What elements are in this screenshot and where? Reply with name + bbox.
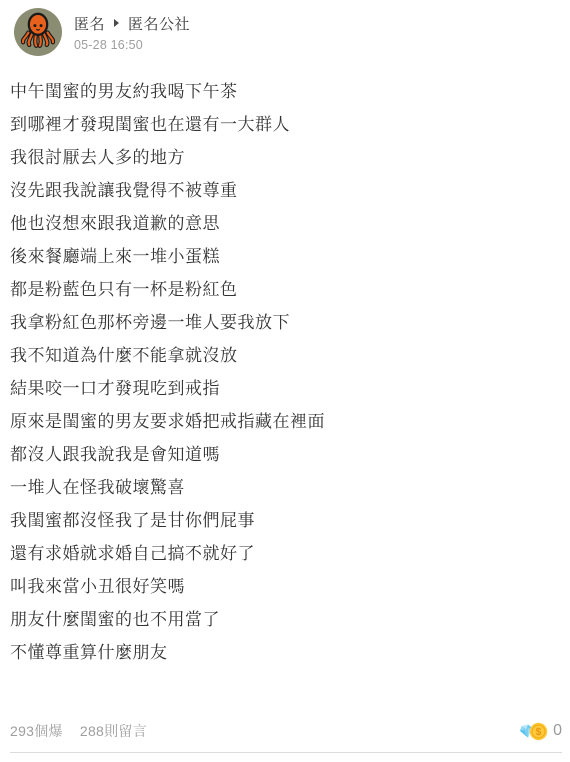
reaction-count[interactable]: 293個爆 bbox=[10, 721, 63, 741]
post-line: 朋友什麼閨蜜的也不用當了 bbox=[10, 611, 558, 628]
post-line: 都沒人跟我說我是會知道嗎 bbox=[10, 446, 558, 463]
post-line: 沒先跟我說讓我覺得不被尊重 bbox=[10, 182, 558, 199]
post-line: 他也沒想來跟我道歉的意思 bbox=[10, 215, 558, 232]
reward-summary[interactable]: $ 0 bbox=[517, 722, 562, 741]
post-line: 原來是閨蜜的男友要求婚把戒指藏在裡面 bbox=[10, 413, 558, 430]
post-line: 我很討厭去人多的地方 bbox=[10, 149, 558, 166]
post-line: 我不知道為什麼不能拿就沒放 bbox=[10, 347, 558, 364]
post-body: 中午閨蜜的男友約我喝下午茶 到哪裡才發現閨蜜也在還有一大群人 我很討厭去人多的地… bbox=[0, 56, 570, 661]
avatar bbox=[14, 8, 62, 56]
post-footer: 293個爆 288則留言 $ 0 bbox=[10, 721, 562, 753]
post-line: 到哪裡才發現閨蜜也在還有一大群人 bbox=[10, 116, 558, 133]
coin-icon: $ bbox=[529, 722, 548, 741]
header-info: 匿名 匿名公社 05-28 16:50 bbox=[74, 13, 190, 52]
reward-icons: $ bbox=[517, 722, 548, 741]
post-timestamp: 05-28 16:50 bbox=[74, 38, 190, 52]
board-name[interactable]: 匿名公社 bbox=[128, 13, 190, 34]
post-line: 中午閨蜜的男友約我喝下午茶 bbox=[10, 83, 558, 100]
breadcrumb: 匿名 匿名公社 bbox=[74, 13, 190, 34]
comment-count[interactable]: 288則留言 bbox=[80, 721, 147, 741]
post-page: 匿名 匿名公社 05-28 16:50 中午閨蜜的男友約我喝下午茶 到哪裡才發現… bbox=[0, 0, 570, 762]
reward-count: 0 bbox=[553, 722, 562, 740]
post-line: 一堆人在怪我破壞驚喜 bbox=[10, 479, 558, 496]
post-header: 匿名 匿名公社 05-28 16:50 bbox=[0, 0, 570, 56]
post-line: 我閨蜜都沒怪我了是甘你們屁事 bbox=[10, 512, 558, 529]
post-line: 不懂尊重算什麼朋友 bbox=[10, 644, 558, 661]
breadcrumb-arrow-icon bbox=[114, 19, 119, 27]
post-line: 叫我來當小丑很好笑嗎 bbox=[10, 578, 558, 595]
svg-text:$: $ bbox=[536, 727, 542, 738]
post-line: 還有求婚就求婚自己搞不就好了 bbox=[10, 545, 558, 562]
author-name: 匿名 bbox=[74, 13, 105, 34]
octopus-icon bbox=[17, 9, 59, 56]
post-line: 結果咬一口才發現吃到戒指 bbox=[10, 380, 558, 397]
post-line: 都是粉藍色只有一杯是粉紅色 bbox=[10, 281, 558, 298]
engagement-summary: 293個爆 288則留言 bbox=[10, 721, 147, 741]
post-line: 我拿粉紅色那杯旁邊一堆人要我放下 bbox=[10, 314, 558, 331]
post-line: 後來餐廳端上來一堆小蛋糕 bbox=[10, 248, 558, 265]
